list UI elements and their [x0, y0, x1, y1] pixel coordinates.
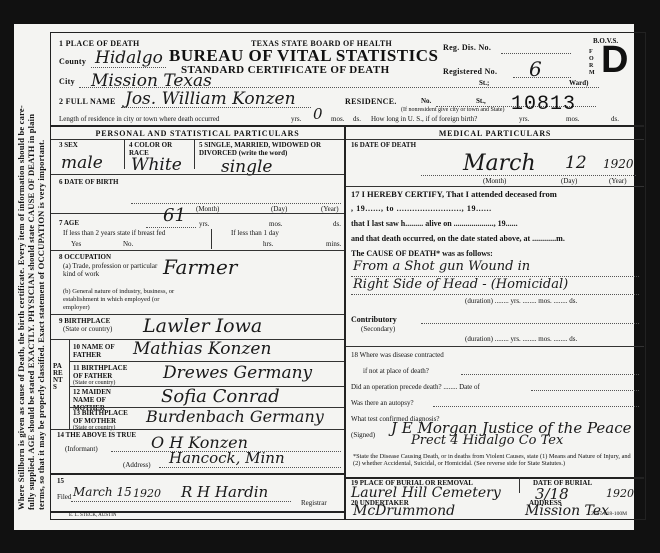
dob-label: 6 DATE OF BIRTH — [59, 178, 118, 186]
burial-year: 1920 — [606, 487, 634, 500]
form-letter: D — [601, 39, 628, 82]
reg-dis-label: Reg. Dis. No. — [443, 43, 491, 52]
death-certificate-form: 1 PLACE OF DEATH TEXAS STATE BOARD OF HE… — [50, 32, 646, 520]
less-day-label: If less than 1 day — [231, 229, 279, 237]
foreign-mos-label: mos. — [566, 115, 579, 123]
margin-line-1: Where Stillborn is given as cause of Dea… — [16, 105, 26, 510]
dod-label: 16 DATE OF DEATH — [351, 141, 416, 149]
certificate-title: STANDARD CERTIFICATE OF DEATH — [181, 64, 390, 76]
county-label: County — [59, 57, 86, 66]
father-birthplace-value: Drewes Germany — [163, 363, 312, 383]
death-occurred-text: and that death occurred, on the date sta… — [351, 234, 565, 243]
residence-st-label: St., — [476, 97, 486, 105]
parents-label: PARENTS — [53, 363, 65, 391]
length-yrs-label: yrs. — [291, 115, 301, 123]
signed-line-2: Prect 4 Hidalgo Co Tex — [411, 433, 563, 448]
margin-line-3: terms, so that it may be properly classi… — [36, 140, 46, 510]
contracted-label: 18 Where was disease contracted — [351, 351, 444, 359]
registrar-value: R H Hardin — [181, 483, 268, 501]
dob-year-label: (Year) — [321, 205, 339, 213]
margin-line-2: fully supplied. AGE should be stated EXA… — [26, 114, 36, 510]
foreign-yrs-label: yrs. — [519, 115, 529, 123]
residence-label: RESIDENCE. — [345, 97, 397, 106]
hrs-label: hrs. — [263, 240, 273, 248]
personal-section-title: PERSONAL AND STATISTICAL PARTICULARS — [51, 129, 344, 138]
last-saw-text: that I last saw h......... alive on ....… — [351, 219, 518, 228]
registrar-label: Registrar — [301, 499, 327, 507]
age-yrs-label: yrs. — [199, 220, 209, 228]
mother-birthplace-value: Burdenbach Germany — [146, 407, 324, 426]
stamp-number: 10813 — [511, 93, 576, 116]
birthplace-label: 9 BIRTHPLACE — [59, 317, 110, 325]
form-word: FORM — [589, 49, 597, 77]
length-mos-label: mos. — [331, 115, 344, 123]
cause-footnote: *State the Disease Causing Death, or in … — [353, 453, 639, 467]
filed-date: March 15 — [73, 485, 132, 499]
father-label: 10 NAME OF FATHER — [73, 343, 121, 359]
trade-label: (a) Trade, profession or particular kind… — [63, 262, 158, 278]
city-label: City — [59, 77, 75, 86]
marital-label: 5 SINGLE, MARRIED, WIDOWED OR DIVORCED (… — [199, 141, 339, 157]
dod-year: 1920 — [603, 157, 634, 171]
length-ds-label: ds. — [353, 115, 361, 123]
dod-month: March — [463, 151, 536, 176]
dod-year-label: (Year) — [609, 177, 627, 185]
duration-label: (duration) ........ yrs. ........ mos. .… — [465, 297, 577, 305]
foreign-birth-label: How long in U. S., if of foreign birth? — [371, 115, 477, 123]
age-ds-label: ds. — [333, 220, 341, 228]
undertaker-value: McDrummond — [353, 503, 455, 519]
residence-no-label: No. — [421, 97, 431, 105]
dod-day-label: (Day) — [561, 177, 577, 185]
printer-credit: E. L. STECK, AUSTIN — [69, 513, 117, 518]
cause-line-1: From a Shot gun Wound in — [353, 259, 530, 274]
foreign-ds-label: ds. — [611, 115, 619, 123]
st-label: St.; — [479, 79, 489, 87]
breast-fed-label: If less than 2 years state if breast fed — [63, 229, 165, 237]
signed-label: (Signed) — [351, 431, 375, 439]
occupation-value: Farmer — [163, 255, 237, 279]
operation-label: Did an operation precede death? ........… — [351, 383, 480, 391]
age-mos-label: mos. — [269, 220, 282, 228]
age-value: 61 — [163, 205, 186, 226]
bureau-title: BUREAU OF VITAL STATISTICS — [169, 46, 439, 66]
length-residence-label: Length of residence in city or town wher… — [59, 115, 219, 123]
industry-label: (b) General nature of industry, business… — [63, 288, 183, 312]
birthplace-value: Lawler Iowa — [143, 315, 262, 337]
age-label: 7 AGE — [59, 219, 79, 227]
secondary-label: (Secondary) — [361, 325, 395, 333]
informant-address-label: (Address) — [123, 461, 151, 469]
registered-label: Registered No. — [443, 67, 497, 76]
registered-value: 6 — [529, 57, 542, 81]
dod-day: 12 — [565, 153, 587, 173]
above-true-label: 14 THE ABOVE IS TRUE — [57, 431, 136, 439]
full-name-label: 2 FULL NAME — [59, 97, 116, 106]
cause-line-2: Right Side of Head - (Homicidal) — [353, 277, 568, 292]
county-value: Hidalgo — [95, 48, 163, 68]
certify-text: 17 I HEREBY CERTIFY, That I attended dec… — [351, 189, 557, 199]
duration-label-2: (duration) ........ yrs. ........ mos. .… — [465, 335, 577, 343]
sex-label: 3 SEX — [59, 141, 78, 149]
length-value: 0 — [313, 105, 323, 123]
dob-month-label: (Month) — [196, 205, 219, 213]
certify-line-2: , 19......, to .........................… — [351, 204, 492, 213]
father-birthplace-label: 11 BIRTHPLACE OF FATHER — [73, 364, 133, 380]
informant-address-value: Hancock, Minn — [169, 449, 285, 467]
sex-value: male — [61, 153, 103, 173]
dob-day-label: (Day) — [271, 205, 287, 213]
no-label: No. — [123, 240, 133, 248]
contributory-label: Contributory — [351, 315, 397, 324]
color-value: White — [131, 155, 182, 175]
dod-month-label: (Month) — [483, 177, 506, 185]
cause-label: The CAUSE OF DEATH* was as follows: — [351, 249, 493, 258]
autopsy-label: Was there an autopsy? — [351, 399, 414, 407]
mother-birthplace-label: 13 BIRTHPLACE OF MOTHER — [73, 409, 133, 425]
filed-label: Filed — [57, 493, 71, 501]
mother-value: Sofia Conrad — [161, 386, 280, 407]
form-number: 2687-818-100M — [591, 511, 627, 517]
filed-year: 1920 — [133, 487, 161, 500]
full-name-value: Jos. William Konzen — [125, 89, 296, 109]
ward-label: Ward) — [569, 79, 588, 87]
occupation-label: 8 OCCUPATION — [59, 253, 111, 261]
not-at-place-label: if not at place of death? — [363, 367, 429, 375]
birthplace-sub-label: (State or country) — [63, 325, 112, 333]
mins-label: mins. — [326, 240, 341, 248]
father-value: Mathias Konzen — [133, 339, 271, 359]
city-value: Mission Texas — [91, 71, 212, 91]
yes-label: Yes — [71, 240, 81, 248]
medical-section-title: MEDICAL PARTICULARS — [346, 129, 644, 138]
filed-number: 15 — [57, 477, 64, 485]
place-of-death-label: 1 PLACE OF DEATH — [59, 39, 140, 48]
informant-label: (Informant) — [65, 445, 98, 453]
nonresident-note: (If nonresident give city or town and St… — [401, 107, 504, 113]
